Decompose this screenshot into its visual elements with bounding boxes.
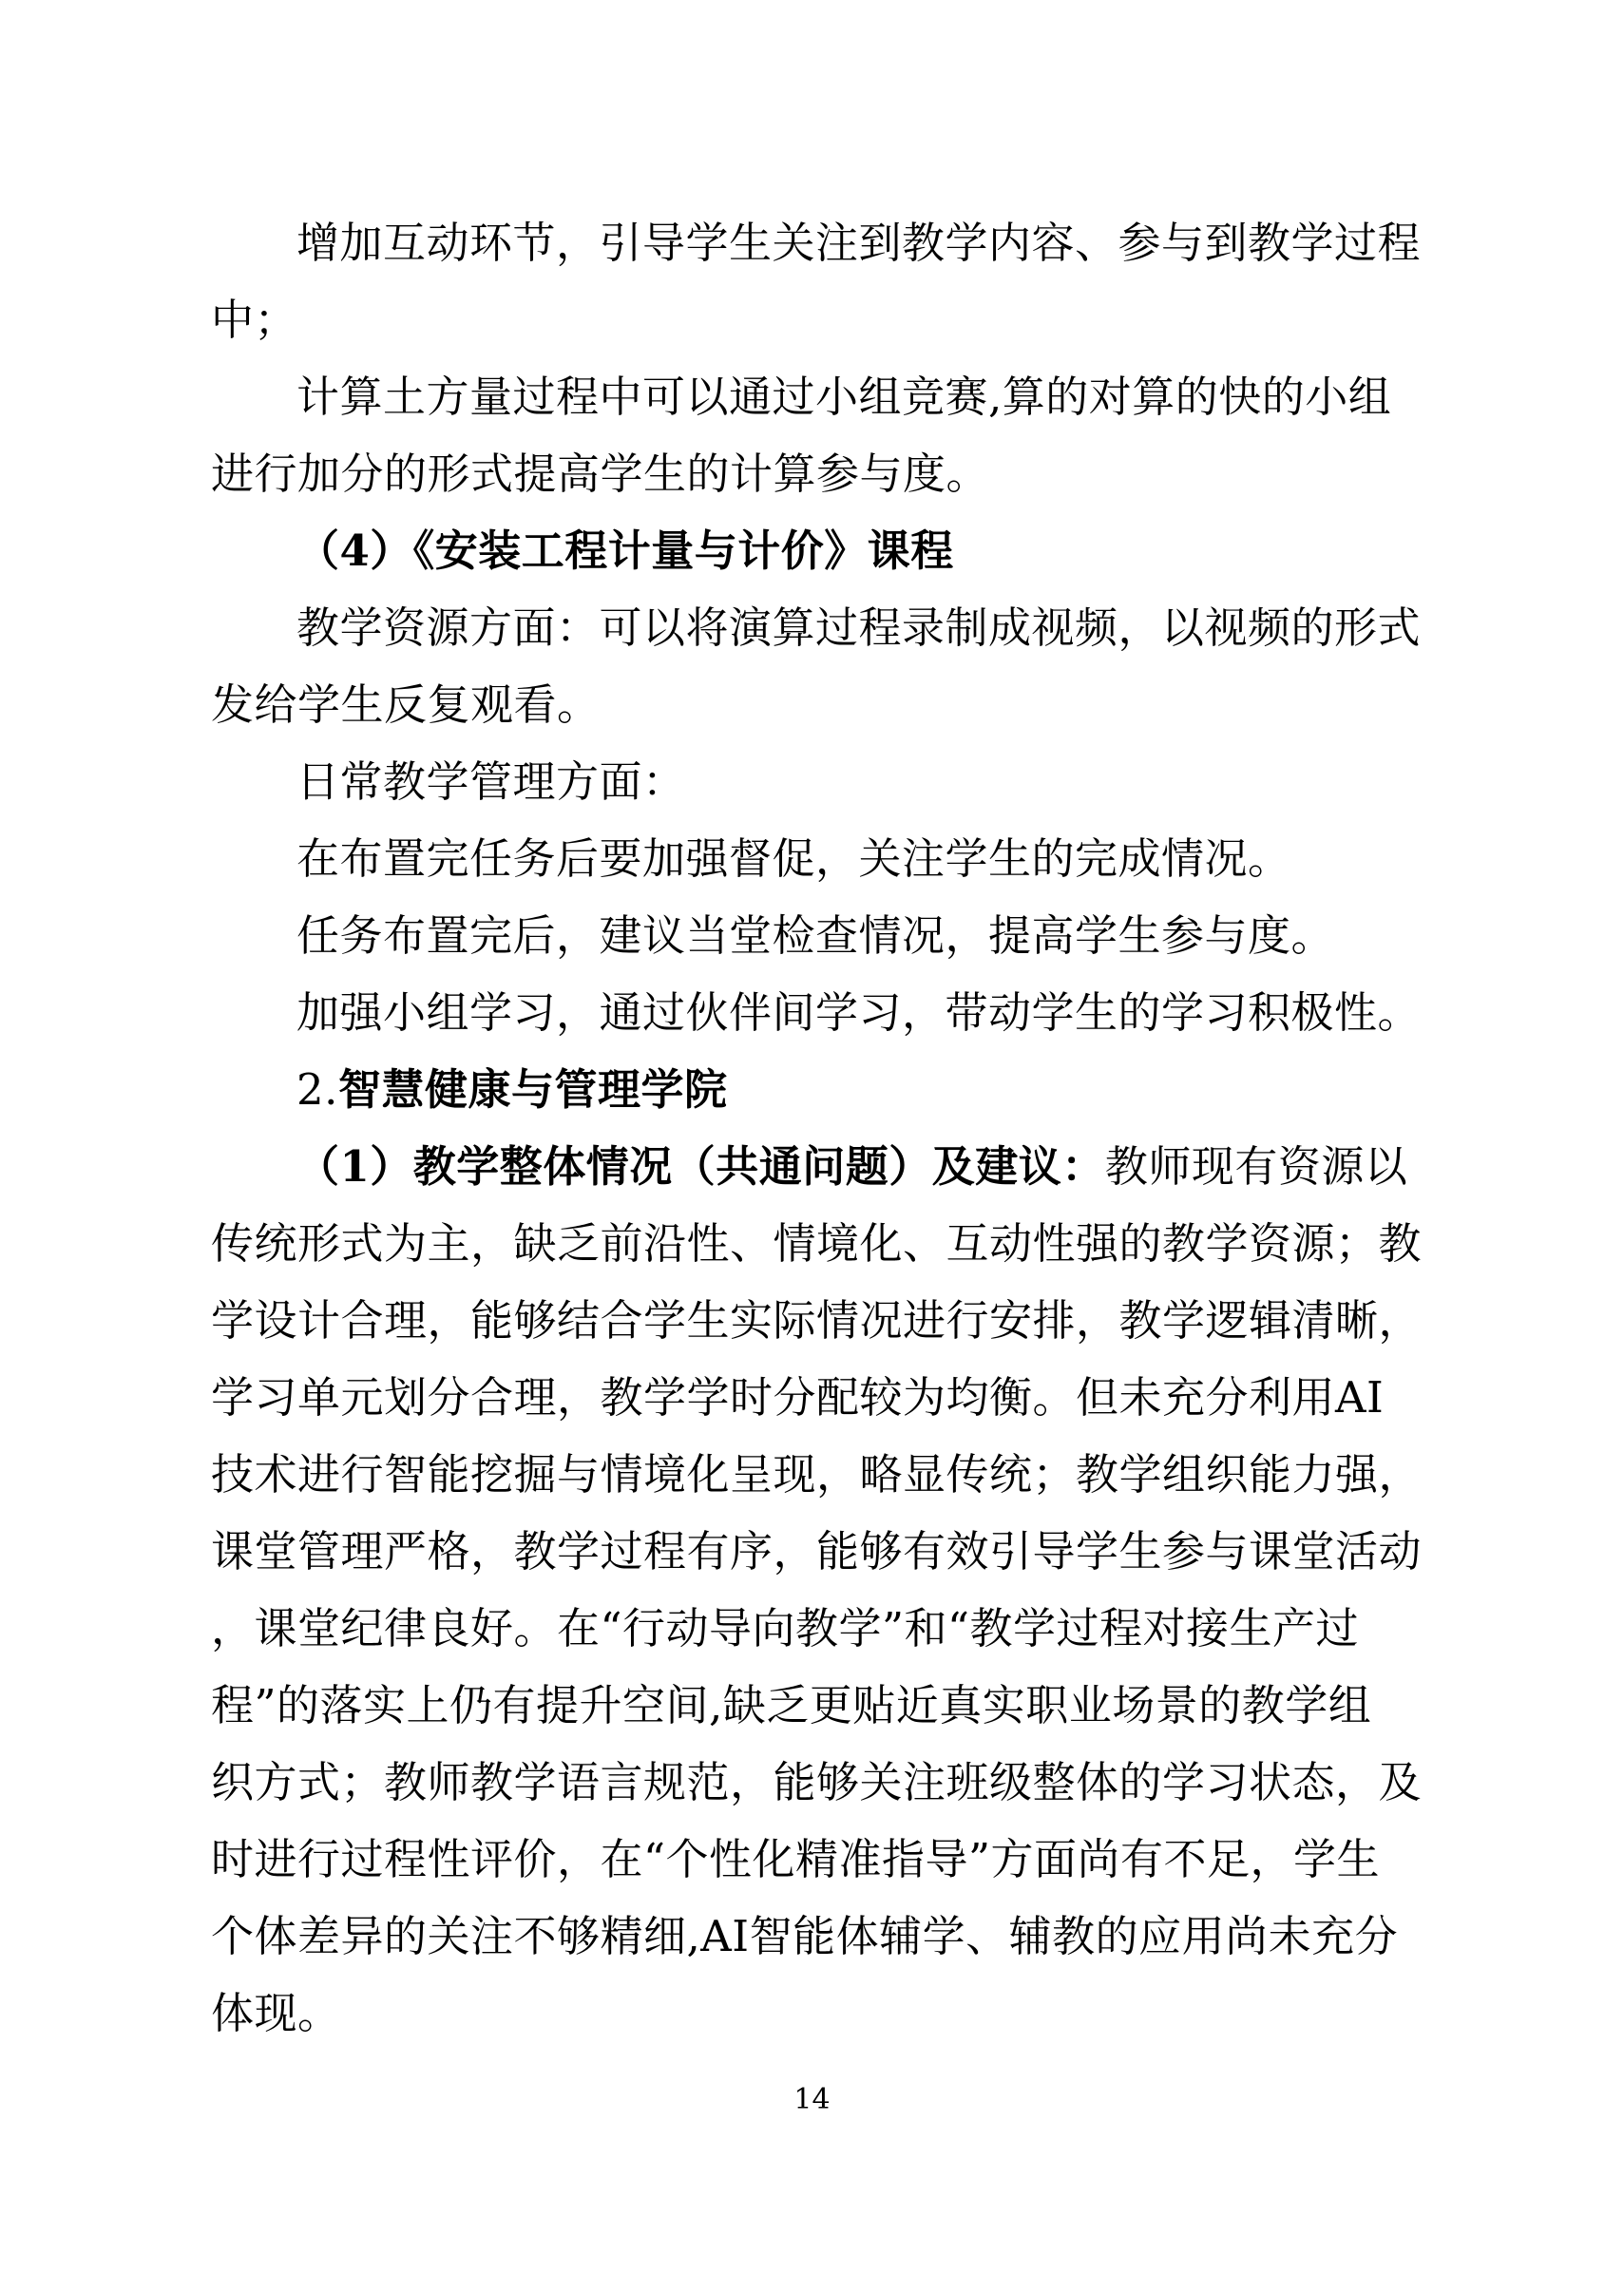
text-line: 进行加分的形式提高学生的计算参与度。 xyxy=(211,435,1416,512)
text-segment: ，课堂纪律良好。在“行动导向教学”和“教学过程对接生产过 xyxy=(211,1603,1359,1653)
text-segment: 传统形式为主，缺乏前沿性、情境化、互动性强的教学资源；教 xyxy=(211,1218,1422,1269)
text-line: 时进行过程性评价，在“个性化精准指导”方面尚有不足，学生 xyxy=(211,1821,1416,1898)
text-line: 传统形式为主，缺乏前沿性、情境化、互动性强的教学资源；教 xyxy=(211,1205,1416,1282)
text-segment: 织方式；教师教学语言规范，能够关注班级整体的学习状态，及 xyxy=(211,1757,1422,1807)
text-segment: 发给学生反复观看。 xyxy=(211,679,601,730)
text-segment: 教师现有资源以 xyxy=(1105,1141,1408,1192)
text-line: 教学资源方面：可以将演算过程录制成视频，以视频的形式 xyxy=(211,589,1416,666)
text-line: 2.智慧健康与管理学院 xyxy=(211,1051,1416,1128)
text-line: 发给学生反复观看。 xyxy=(211,666,1416,743)
text-line: ，课堂纪律良好。在“行动导向教学”和“教学过程对接生产过 xyxy=(211,1590,1416,1667)
text-segment: 程”的落实上仍有提升空间,缺乏更贴近真实职业场景的教学组 xyxy=(211,1680,1371,1730)
text-line: 织方式；教师教学语言规范，能够关注班级整体的学习状态，及 xyxy=(211,1744,1416,1821)
bold-text-segment: （4）《安装工程计量与计价》课程 xyxy=(296,526,954,576)
text-segment: 教学资源方面：可以将演算过程录制成视频，以视频的形式 xyxy=(296,602,1421,653)
text-segment: 加强小组学习，通过伙伴间学习，带动学生的学习积极性。 xyxy=(296,987,1421,1038)
text-line: 中； xyxy=(211,281,1416,358)
text-segment: 中； xyxy=(211,295,297,345)
text-line: 加强小组学习，通过伙伴间学习，带动学生的学习积极性。 xyxy=(211,974,1416,1051)
text-segment: 2. xyxy=(296,1064,338,1115)
text-segment: 学习单元划分合理，教学学时分配较为均衡。但未充分利用AI xyxy=(211,1372,1384,1423)
text-line: 学设计合理，能够结合学生实际情况进行安排，教学逻辑清晰， xyxy=(211,1282,1416,1359)
document-body: 增加互动环节，引导学生关注到教学内容、参与到教学过程中；计算土方量过程中可以通过… xyxy=(211,204,1416,2052)
text-line: 学习单元划分合理，教学学时分配较为均衡。但未充分利用AI xyxy=(211,1359,1416,1436)
text-line: （4）《安装工程计量与计价》课程 xyxy=(211,512,1416,589)
text-segment: 技术进行智能挖掘与情境化呈现，略显传统；教学组织能力强， xyxy=(211,1449,1422,1500)
text-line: 任务布置完后，建议当堂检查情况，提高学生参与度。 xyxy=(211,897,1416,974)
text-line: 技术进行智能挖掘与情境化呈现，略显传统；教学组织能力强， xyxy=(211,1436,1416,1513)
text-line: 程”的落实上仍有提升空间,缺乏更贴近真实职业场景的教学组 xyxy=(211,1667,1416,1744)
text-segment: 个体差异的关注不够精细,AI智能体辅学、辅教的应用尚未充分 xyxy=(211,1911,1398,1961)
text-segment: 任务布置完后，建议当堂检查情况，提高学生参与度。 xyxy=(296,910,1334,961)
text-segment: 增加互动环节，引导学生关注到教学内容、参与到教学过程 xyxy=(296,218,1421,268)
text-line: 增加互动环节，引导学生关注到教学内容、参与到教学过程 xyxy=(211,204,1416,281)
text-segment: 在布置完任务后要加强督促，关注学生的完成情况。 xyxy=(296,833,1291,884)
bold-text-segment: （1）教学整体情况（共通问题）及建议： xyxy=(296,1141,1105,1192)
text-line: 体现。 xyxy=(211,1975,1416,2052)
text-segment: 日常教学管理方面： xyxy=(296,756,686,807)
text-line: 课堂管理严格，教学过程有序，能够有效引导学生参与课堂活动 xyxy=(211,1513,1416,1590)
text-segment: 课堂管理严格，教学过程有序，能够有效引导学生参与课堂活动 xyxy=(211,1526,1422,1577)
text-segment: 时进行过程性评价，在“个性化精准指导”方面尚有不足，学生 xyxy=(211,1834,1380,1884)
text-segment: 体现。 xyxy=(211,1988,341,2038)
text-line: （1）教学整体情况（共通问题）及建议：教师现有资源以 xyxy=(211,1128,1416,1205)
text-line: 在布置完任务后要加强督促，关注学生的完成情况。 xyxy=(211,820,1416,897)
text-line: 日常教学管理方面： xyxy=(211,743,1416,820)
text-segment: 进行加分的形式提高学生的计算参与度。 xyxy=(211,449,989,499)
text-line: 计算土方量过程中可以通过小组竞赛,算的对算的快的小组 xyxy=(211,358,1416,435)
text-segment: 学设计合理，能够结合学生实际情况进行安排，教学逻辑清晰， xyxy=(211,1295,1422,1346)
text-segment: 计算土方量过程中可以通过小组竞赛,算的对算的快的小组 xyxy=(296,372,1391,422)
document-page: 增加互动环节，引导学生关注到教学内容、参与到教学过程中；计算土方量过程中可以通过… xyxy=(0,0,1624,2274)
text-line: 个体差异的关注不够精细,AI智能体辅学、辅教的应用尚未充分 xyxy=(211,1898,1416,1975)
bold-text-segment: 智慧健康与管理学院 xyxy=(338,1064,728,1115)
page-number: 14 xyxy=(0,2083,1624,2117)
